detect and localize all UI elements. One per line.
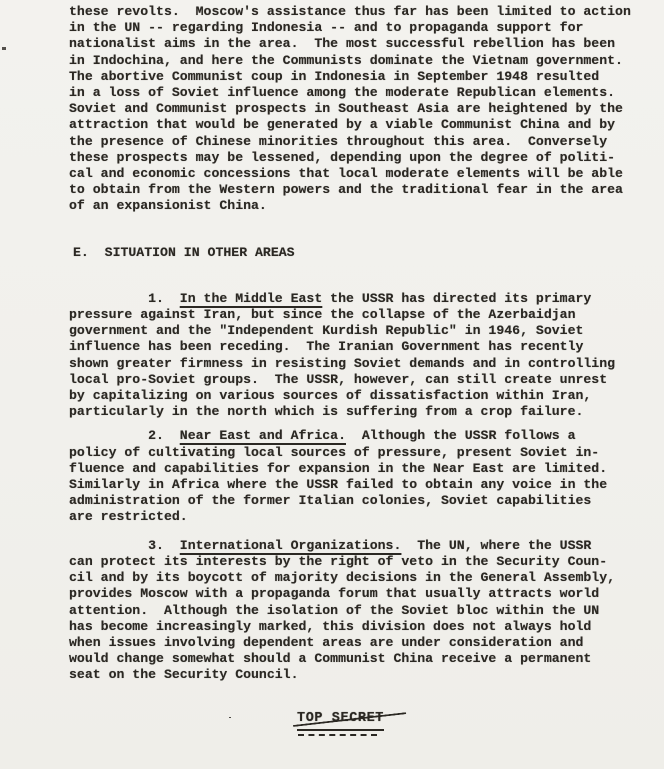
paragraph-number: 3. [69,538,180,553]
paper-speck [2,47,6,50]
underlined-phrase: International Organizations. [180,538,402,553]
underlined-phrase: Near East and Africa. [180,428,346,443]
paragraph-middle-east: 1. In the Middle East the USSR has direc… [69,291,644,421]
paragraph-near-east-africa: 2. Near East and Africa. Although the US… [69,428,644,525]
paragraph-number: 2. [69,428,180,443]
underlined-phrase: In the Middle East [180,291,322,306]
paragraph-international-organizations: 3. International Organizations. The UN, … [69,538,644,684]
stamp-underline [298,734,377,736]
paragraph-number: 1. [69,291,180,306]
document-page: these revolts. Moscow's assistance thus … [0,0,664,769]
paragraph-text: The UN, where the USSR can protect its i… [69,538,615,683]
classification-stamp: TOP SECRET [297,711,384,731]
paragraph-text: the USSR has directed its primary pressu… [69,291,615,419]
paragraph-southeast-asia: these revolts. Moscow's assistance thus … [69,4,644,215]
section-heading: E. SITUATION IN OTHER AREAS [73,245,648,261]
